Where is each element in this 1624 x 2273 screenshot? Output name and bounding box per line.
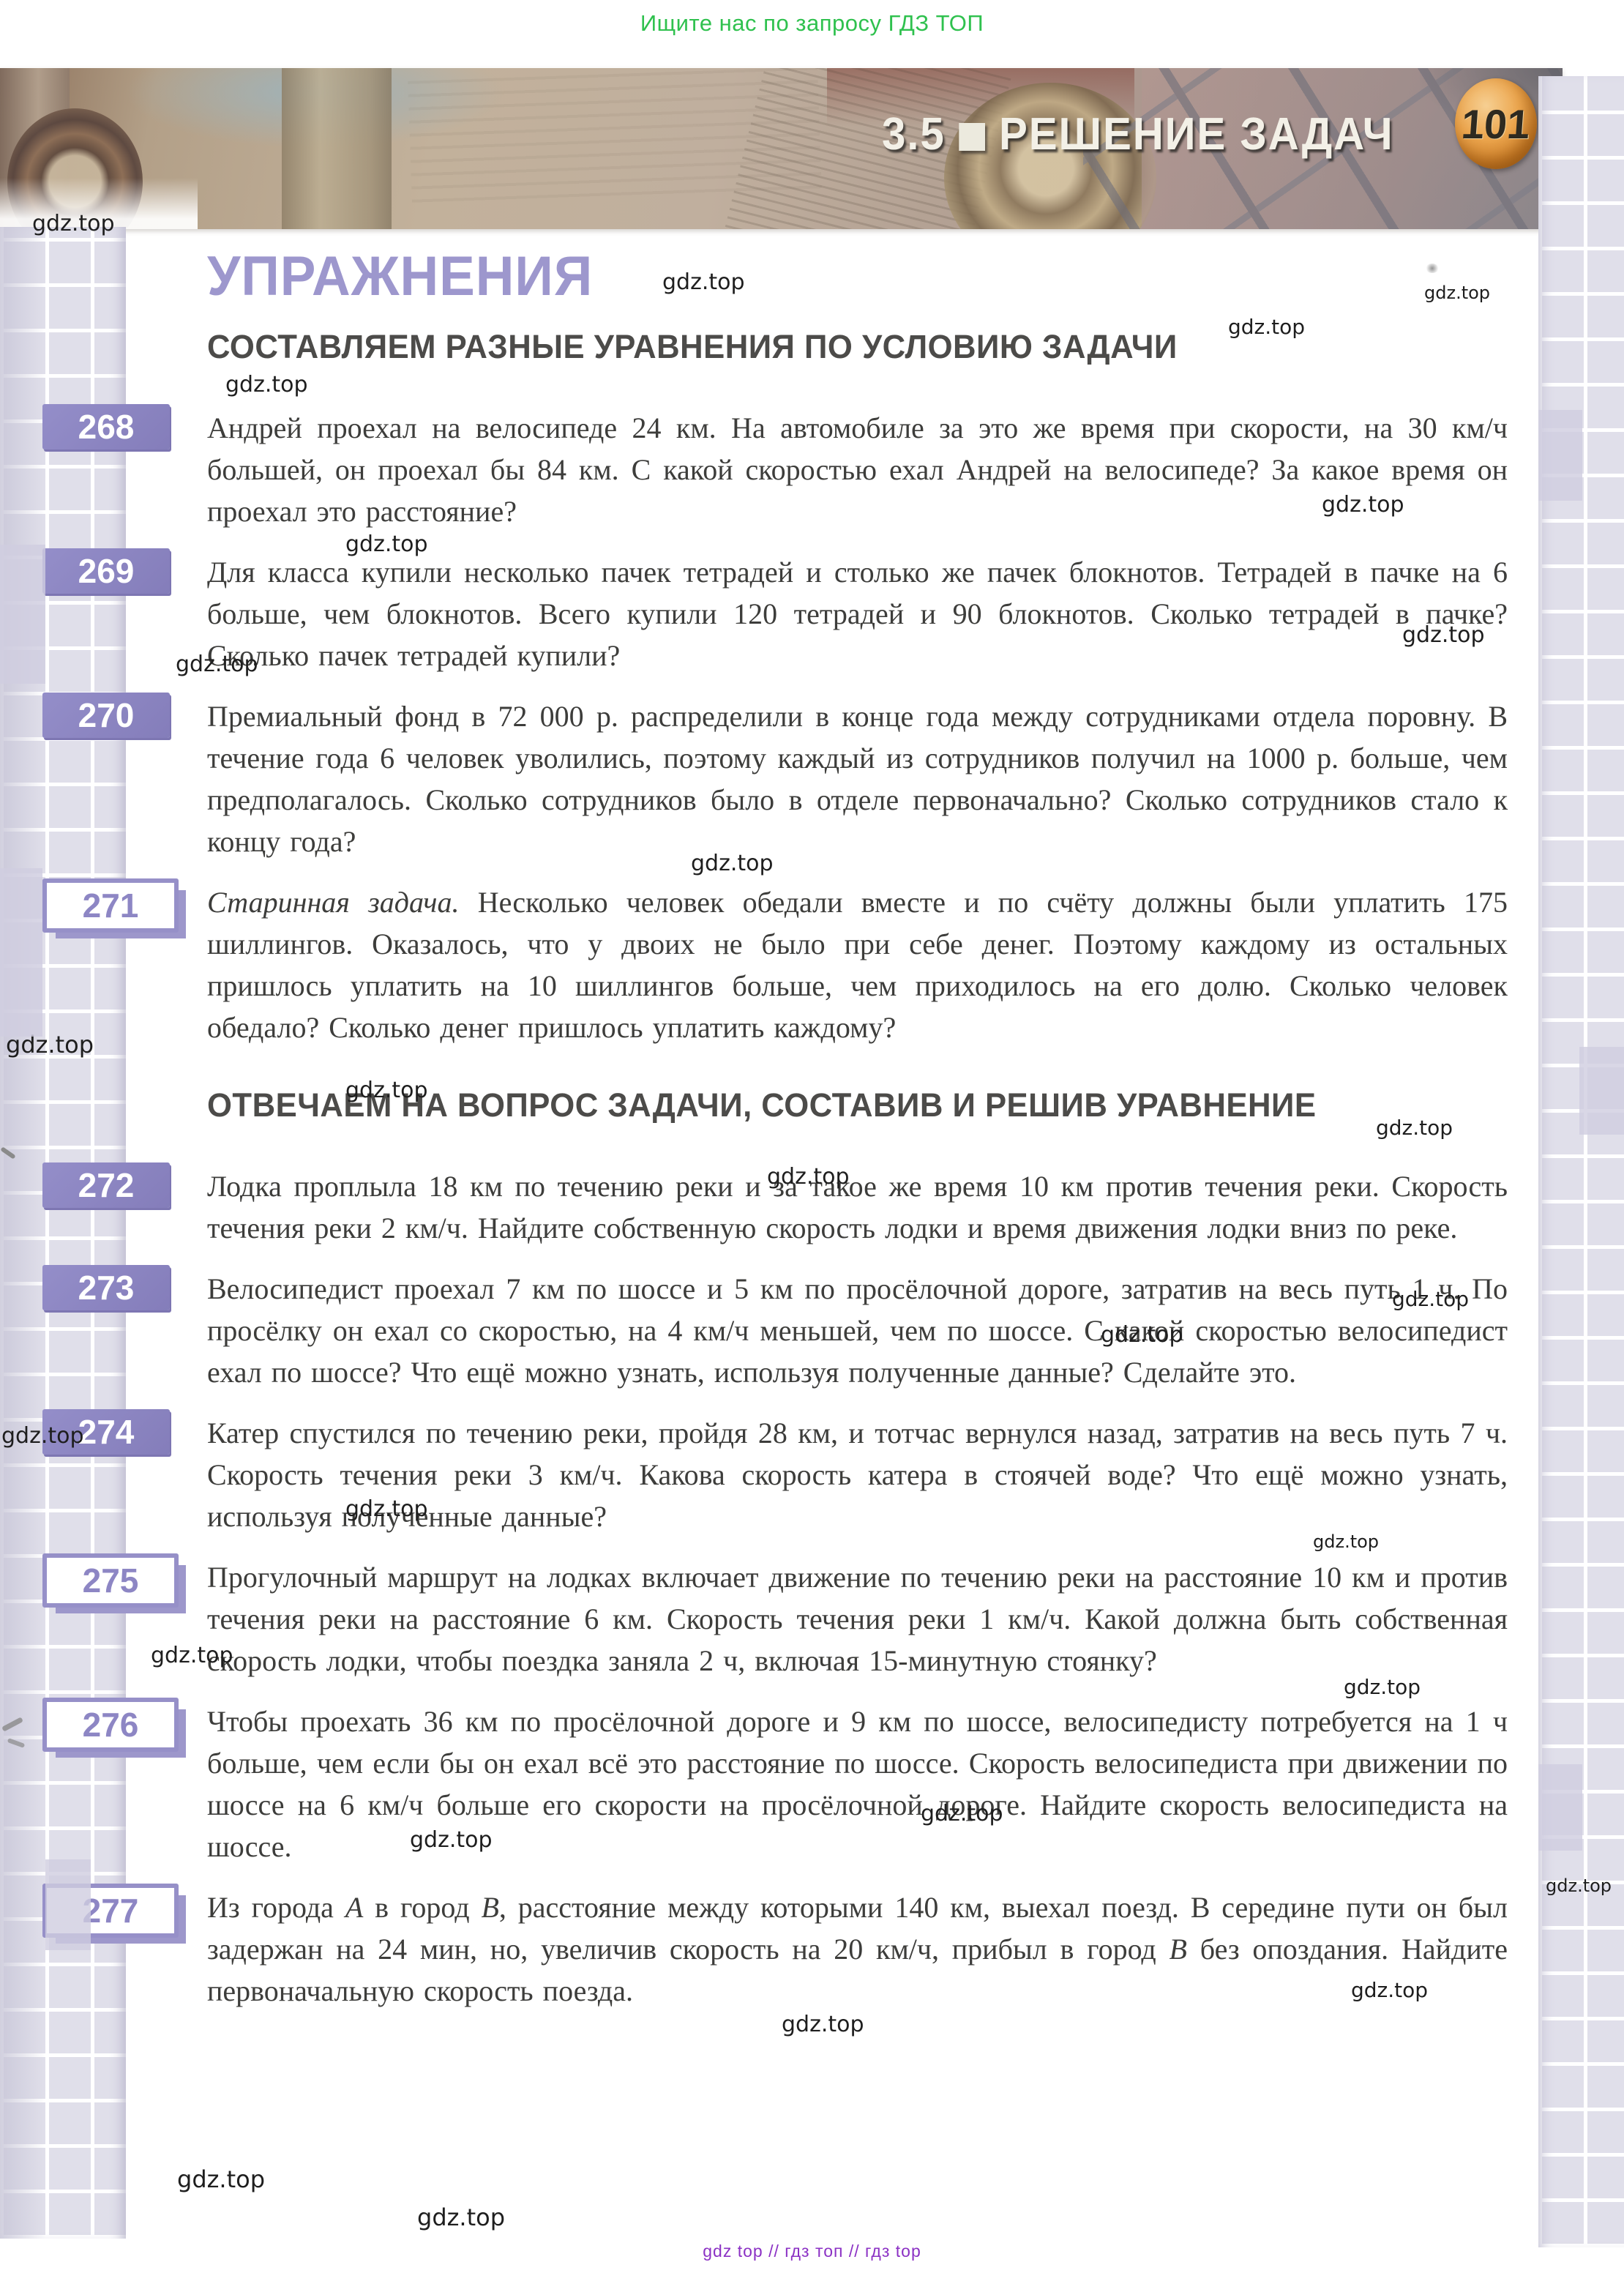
page-number-badge: 101 [1455,78,1537,169]
grid-dark-cell [0,868,42,1037]
exercise-number-badge: 273 [42,1265,170,1310]
gdz-watermark: gdz.top [345,531,428,557]
right-margin-grid [1538,76,1624,2247]
exercise-number-badge: 268 [42,404,170,449]
gdz-watermark: gdz.top [1101,1322,1183,1348]
exercise-text: Старинная задача. Несколько человек обед… [207,881,1508,1048]
gdz-watermark: gdz.top [782,2012,864,2037]
exercise-text: Из города A в город B, расстояние между … [207,1886,1508,2012]
exercise-number-badge: 272 [42,1162,170,1208]
top-note-bar: Ищите нас по запросу ГДЗ ТОП [0,0,1624,67]
gdz-watermark: gdz.top [1,1423,84,1449]
gdz-watermark: gdz.top [176,652,258,677]
grid-dark-cell [1579,1047,1624,1135]
chapter-number: 3.5 [882,109,946,160]
textbook-page: Ищите нас по запросу ГДЗ ТОП 3.5РЕШЕНИЕ … [0,0,1624,2273]
gdz-watermark: gdz.top [151,1643,233,1668]
exercise-number-badge: 271 [42,878,179,933]
sections-root: СОСТАВЛЯЕМ РАЗНЫЕ УРАВНЕНИЯ ПО УСЛОВИЮ З… [207,328,1508,2012]
square-bullet-icon [959,123,985,151]
exercise-275: 275Прогулочный маршрут на лодках включае… [207,1556,1508,1682]
gdz-watermark: gdz.top [225,372,308,398]
gdz-watermark: gdz.top [1392,1287,1469,1311]
exercise-271: 271Старинная задача. Несколько человек о… [207,881,1508,1048]
grid-dark-cell [45,1859,91,1950]
exercise-269: 269Для класса купили несколько пачек тет… [207,551,1508,676]
gdz-watermark: gdz.top [1344,1675,1421,1699]
page-content: УПРАЖНЕНИЯ СОСТАВЛЯЕМ РАЗНЫЕ УРАВНЕНИЯ П… [207,247,1508,2031]
gdz-watermark: gdz.top [417,2203,505,2231]
gdz-watermark: gdz.top [767,1164,850,1190]
gdz-watermark: gdz.top [691,851,774,876]
top-note-text: Ищите нас по запросу ГДЗ ТОП [640,10,984,37]
gdz-watermark: gdz.top [345,1496,428,1522]
page-number: 101 [1460,100,1532,148]
exercise-number-badge: 275 [42,1553,179,1608]
exercise-text: Прогулочный маршрут на лодках включает д… [207,1556,1508,1682]
grid-dark-cell [1538,1764,1582,1851]
gdz-watermark: gdz.top [1402,622,1485,648]
gdz-watermark: gdz.top [1351,1978,1428,2002]
chapter-title: 3.5РЕШЕНИЕ ЗАДАЧ [882,108,1394,160]
gdz-watermark: gdz.top [1228,315,1305,339]
exercise-number-badge: 270 [42,693,170,738]
gdz-watermark: gdz.top [345,1078,428,1103]
exercises-heading: УПРАЖНЕНИЯ [207,247,1456,306]
gdz-watermark: gdz.top [1322,492,1404,518]
gdz-watermark: gdz.top [410,1827,493,1853]
gdz-watermark: gdz.top [1376,1116,1453,1140]
footer-bar: gdz top // гдз топ // гдз top [0,2242,1624,2261]
exercise-text: Чтобы проехать 36 км по просёлочной доро… [207,1701,1508,1867]
banner-collage-tower [282,68,392,229]
gdz-watermark: gdz.top [1424,283,1490,303]
grid-dark-cell [0,545,45,684]
exercise-text: Премиальный фонд в 72 000 р. распределил… [207,695,1508,862]
gdz-watermark: gdz.top [32,211,115,236]
exercise-272: 272Лодка проплыла 18 км по течению реки … [207,1165,1508,1249]
exercise-number-badge: 269 [42,548,170,594]
chapter-name: РЕШЕНИЕ ЗАДАЧ [999,109,1394,160]
exercise-text: Для класса купили несколько пачек тетрад… [207,551,1508,676]
exercise-text: Велосипедист проехал 7 км по шоссе и 5 к… [207,1268,1508,1393]
exercise-276: 276Чтобы проехать 36 км по просёлочной д… [207,1701,1508,1867]
gdz-watermark: gdz.top [1546,1875,1612,1896]
grid-dark-cell [1538,410,1582,501]
exercise-text: Лодка проплыла 18 км по течению реки и з… [207,1165,1508,1249]
exercise-273: 273Велосипедист проехал 7 км по шоссе и … [207,1268,1508,1393]
gdz-watermark: gdz.top [921,1801,1003,1826]
gdz-watermark: gdz.top [177,2165,265,2193]
exercise-number-badge: 276 [42,1698,179,1752]
gdz-watermark: gdz.top [1313,1531,1379,1552]
exercise-277: 277Из города A в город B, расстояние меж… [207,1886,1508,2012]
gdz-watermark: gdz.top [662,269,745,295]
footer-text: gdz top // гдз топ // гдз top [703,2242,921,2261]
exercise-text: Андрей проехал на велосипеде 24 км. На а… [207,407,1508,532]
chapter-banner: 3.5РЕШЕНИЕ ЗАДАЧ 101 [0,68,1563,229]
exercise-270: 270Премиальный фонд в 72 000 р. распреде… [207,695,1508,862]
exercise-268: 268Андрей проехал на велосипеде 24 км. Н… [207,407,1508,532]
